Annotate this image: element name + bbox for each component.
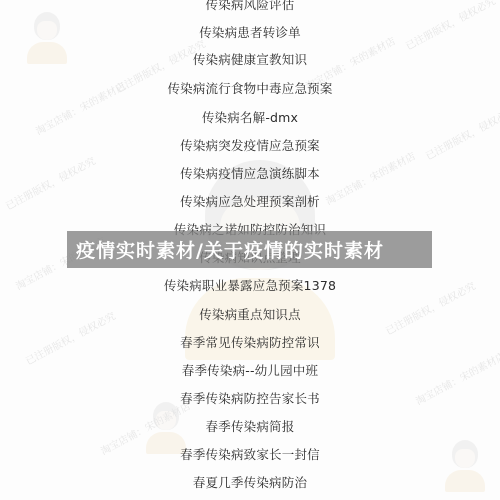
document-title: 传染病流行食物中毒应急预案 — [0, 81, 500, 97]
document-title: 传染病应急处理预案剖析 — [0, 194, 500, 210]
image-canvas: 已注册版权，侵权必究 淘宝店铺：宋的素材店 已注册版权，侵权必究 淘宝店铺：宋的… — [0, 0, 500, 500]
document-title: 春季常见传染病防控常识 — [0, 335, 500, 351]
document-title: 春夏几季传染病防治 — [0, 475, 500, 491]
document-title: 传染病风险评估 — [0, 0, 500, 13]
document-title: 传染病疫情应急演练脚本 — [0, 166, 500, 182]
document-title: 春季传染病致家长一封信 — [0, 447, 500, 463]
document-title: 传染病患者转诊单 — [0, 25, 500, 41]
document-title: 传染病职业暴露应急预案1378 — [0, 278, 500, 294]
document-title: 传染病健康宣教知识 — [0, 52, 500, 68]
document-title: 传染病重点知识点 — [0, 307, 500, 323]
document-title: 传染病突发疫情应急预案 — [0, 138, 500, 154]
title-banner: 疫情实时素材/关于疫情的实时素材 — [67, 231, 432, 268]
document-title: 春季传染病简报 — [0, 419, 500, 435]
banner-title: 疫情实时素材/关于疫情的实时素材 — [76, 236, 384, 263]
document-title: 春季传染病--幼儿园中班 — [0, 363, 500, 379]
document-title: 传染病名解-dmx — [0, 110, 500, 126]
document-title: 春季传染病防控告家长书 — [0, 391, 500, 407]
